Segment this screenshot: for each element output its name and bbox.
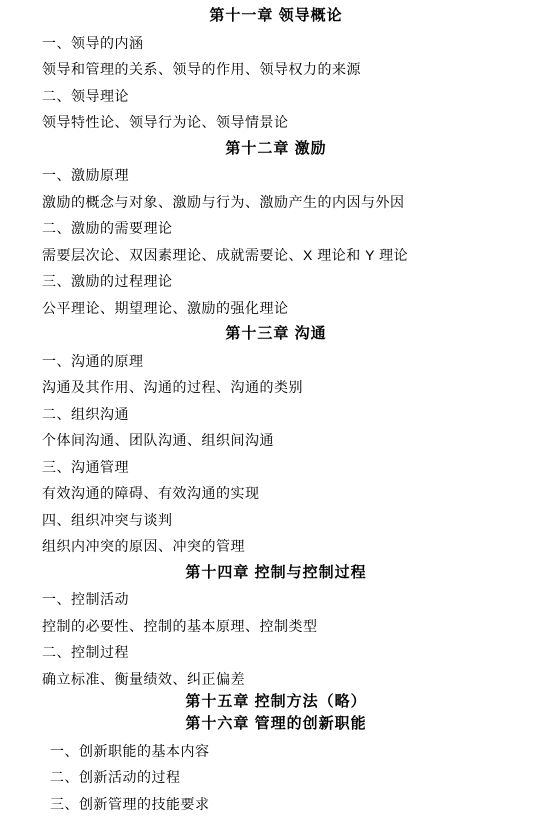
outline-item: 一、控制活动 — [0, 586, 552, 613]
outline-item: 二、组织沟通 — [0, 401, 552, 428]
outline-item: 沟通及其作用、沟通的过程、沟通的类别 — [0, 374, 552, 401]
outline-item: 有效沟通的障碍、有效沟通的实现 — [0, 480, 552, 507]
outline-item: 组织内冲突的原因、冲突的管理 — [0, 533, 552, 560]
outline-item: 三、创新管理的技能要求 — [0, 791, 552, 818]
outline-item: 二、控制过程 — [0, 639, 552, 666]
outline-item: 控制的必要性、控制的基本原理、控制类型 — [0, 613, 552, 640]
outline-item: 领导和管理的关系、领导的作用、领导权力的来源 — [0, 56, 552, 83]
chapter-14-heading: 第十四章 控制与控制过程 — [0, 560, 552, 587]
outline-item: 二、领导理论 — [0, 83, 552, 110]
document-page: 第十一章 领导概论 一、领导的内涵 领导和管理的关系、领导的作用、领导权力的来源… — [0, 0, 552, 828]
outline-item: 四、组织冲突与谈判 — [0, 507, 552, 534]
outline-item: 三、沟通管理 — [0, 454, 552, 481]
chapter-12-heading: 第十二章 激励 — [0, 136, 552, 163]
outline-item: 需要层次论、双因素理论、成就需要论、X 理论和 Y 理论 — [0, 242, 552, 269]
outline-item: 一、创新职能的基本内容 — [0, 738, 552, 765]
chapter-15-heading: 第十五章 控制方法（略） — [0, 692, 552, 711]
outline-item: 三、激励的过程理论 — [0, 268, 552, 295]
chapter-13-heading: 第十三章 沟通 — [0, 321, 552, 348]
outline-item: 激励的概念与对象、激励与行为、激励产生的内因与外因 — [0, 189, 552, 216]
outline-item: 领导特性论、领导行为论、领导情景论 — [0, 109, 552, 136]
outline-item: 一、领导的内涵 — [0, 30, 552, 57]
outline-item: 公平理论、期望理论、激励的强化理论 — [0, 295, 552, 322]
chapter-16-heading: 第十六章 管理的创新职能 — [0, 711, 552, 738]
outline-item: 个体间沟通、团队沟通、组织间沟通 — [0, 427, 552, 454]
chapter-11-heading: 第十一章 领导概论 — [0, 3, 552, 30]
outline-item: 二、激励的需要理论 — [0, 215, 552, 242]
outline-item: 一、激励原理 — [0, 162, 552, 189]
outline-item: 二、创新活动的过程 — [0, 764, 552, 791]
outline-item: 一、沟通的原理 — [0, 348, 552, 375]
outline-item: 确立标准、衡量绩效、纠正偏差 — [0, 666, 552, 693]
